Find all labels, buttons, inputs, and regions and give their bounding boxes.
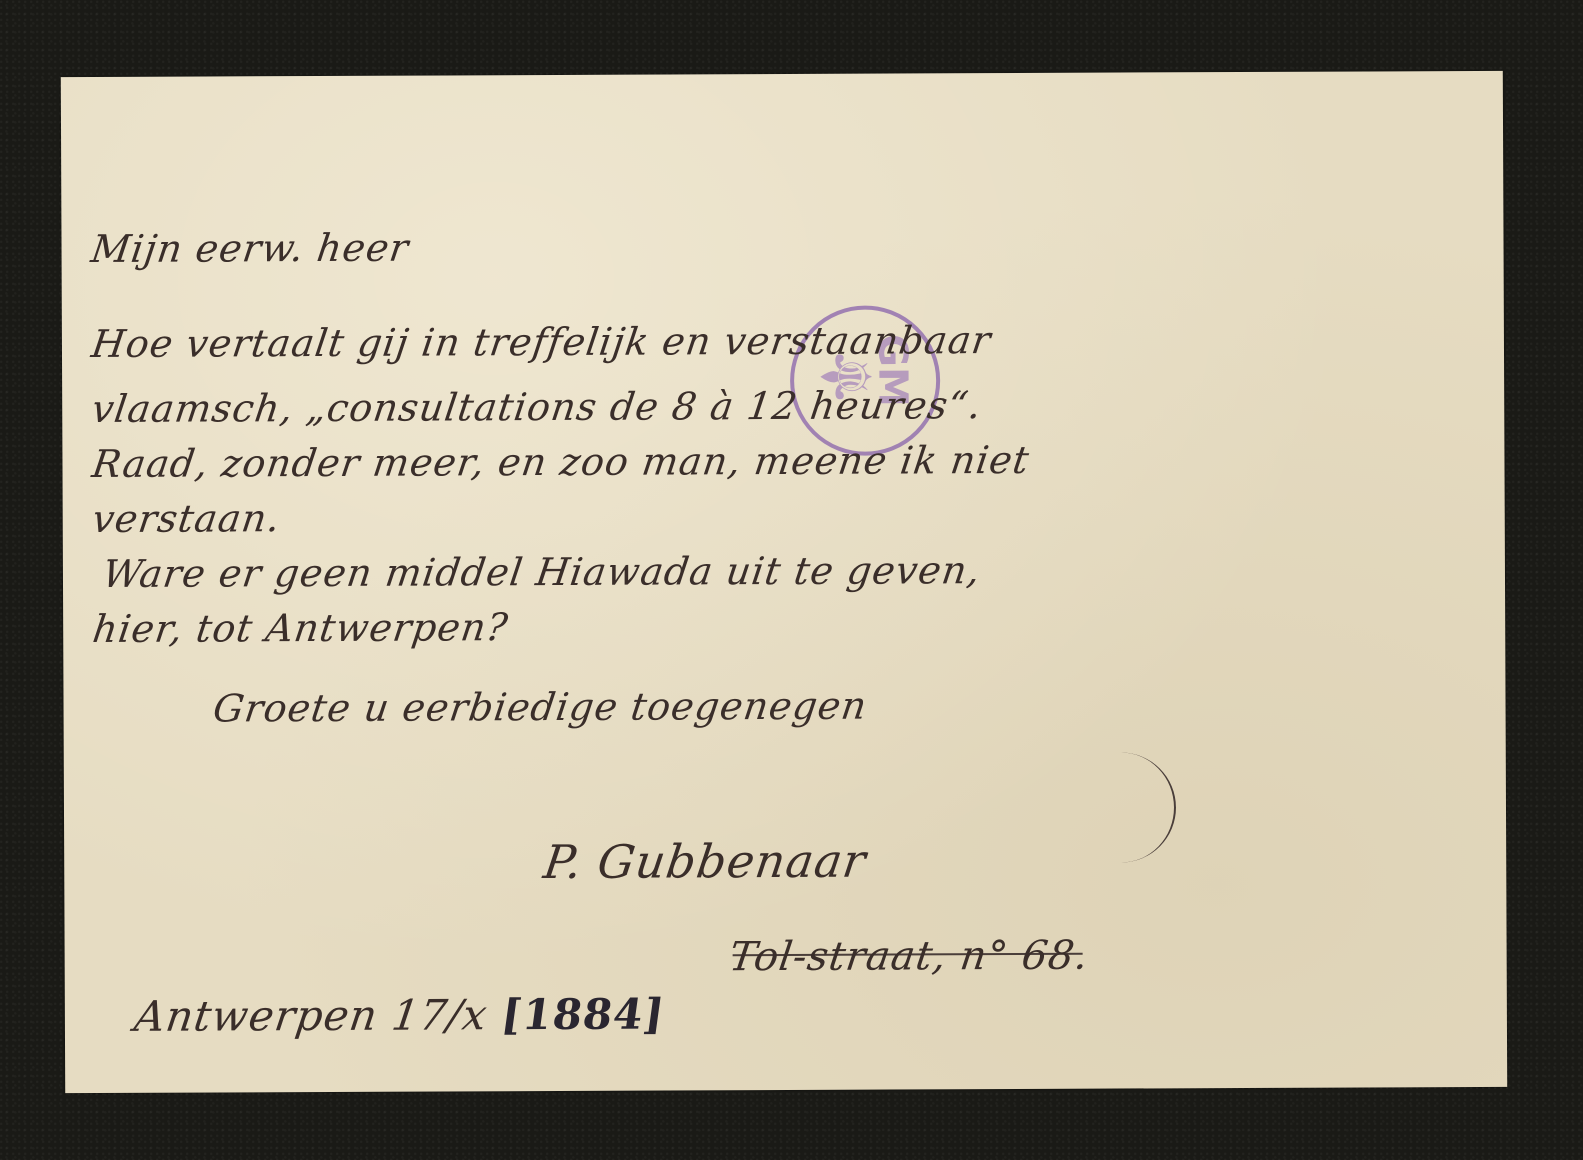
year-annotation: [1884] (498, 990, 667, 1040)
signature: P. Gubbenaar (541, 834, 870, 889)
closing: Groete u eerbiedige toegenegen (211, 684, 870, 731)
closing-flourish (1094, 752, 1176, 862)
place-date-text: Antwerpen 17/x (132, 990, 491, 1041)
body-line-2: vlaamsch, „consultations de 8 à 12 heure… (89, 383, 985, 431)
address: Tol-straat, n° 68. (727, 933, 1092, 981)
body-line-6: hier, tot Antwerpen? (90, 605, 511, 651)
body-line-4: verstaan. (90, 496, 284, 541)
salutation: Mijn eerw. heer (89, 226, 412, 271)
body-line-3: Raad, zonder meer, en zoo man, meene ik … (89, 438, 1032, 486)
body-line-5: Ware er geen middel Hiawada uit te geven… (100, 548, 984, 596)
place-date: Antwerpen 17/x [1884] (132, 990, 668, 1041)
body-line-1: Hoe vertaalt gij in treffelijk en versta… (89, 318, 994, 366)
postcard: Mijn eerw. heer ⚜ GM Hoe vertaalt gij in… (61, 71, 1507, 1093)
